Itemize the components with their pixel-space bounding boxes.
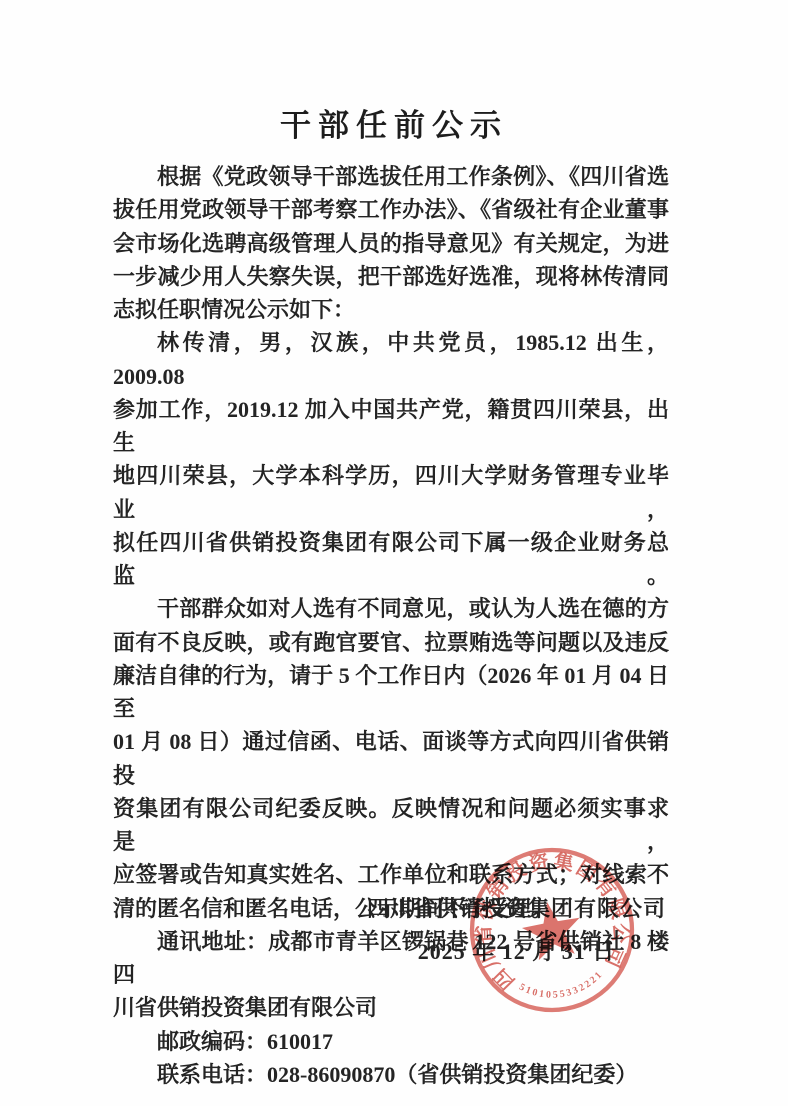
text-line: 一步减少用人失察失误，把干部选好选准，现将林传清同 — [113, 260, 669, 293]
text-line: 邮政编码：610017 — [113, 1025, 669, 1058]
text-line: 干部群众如对人选有不同意见，或认为人选在德的方 — [113, 592, 669, 625]
text-line: 林传清，男，汉族，中共党员，1985.12 出生，2009.08 — [113, 326, 669, 393]
text-line: 根据《党政领导干部选拔任用工作条例》、《四川省选 — [113, 160, 669, 193]
text-line: 01 月 08 日）通过信函、电话、面谈等方式向四川省供销投 — [113, 725, 669, 792]
text-line: 面有不良反映，或有跑官要官、拉票贿选等问题以及违反 — [113, 626, 669, 659]
text-line: 资集团有限公司纪委反映。反映情况和问题必须实事求是， — [113, 792, 669, 859]
signature-company: 四川省供销投资集团有限公司 — [367, 892, 666, 923]
text-line: 廉洁自律的行为，请于 5 个工作日内（2026 年 01 月 04 日至 — [113, 659, 669, 726]
text-line: 川省供销投资集团有限公司 — [113, 991, 669, 1024]
page-title: 干部任前公示 — [0, 100, 788, 145]
text-line: 会市场化选聘高级管理人员的指导意见》有关规定，为进 — [113, 227, 669, 260]
document-page: 干部任前公示 根据《党政领导干部选拔任用工作条例》、《四川省选拔任用党政领导干部… — [0, 0, 788, 1106]
text-line: 参加工作，2019.12 加入中国共产党，籍贯四川荣县，出生 — [113, 393, 669, 460]
signature-date: 2025 年 12 月 31 日 — [367, 935, 666, 966]
text-line: 拔任用党政领导干部考察工作办法》、《省级社有企业董事 — [113, 193, 669, 226]
text-line: 联系电话：028-86090870（省供销投资集团纪委） — [113, 1058, 669, 1091]
text-line: 应签署或告知真实姓名、工作单位和联系方式；对线索不 — [113, 858, 669, 891]
signature-block: 四川省供销投资集团有限公司 2025 年 12 月 31 日 — [367, 892, 666, 966]
text-line: 地四川荣县，大学本科学历，四川大学财务管理专业毕业， — [113, 459, 669, 526]
text-line: 志拟任职情况公示如下： — [113, 293, 669, 326]
text-line: 拟任四川省供销投资集团有限公司下属一级企业财务总监。 — [113, 526, 669, 593]
